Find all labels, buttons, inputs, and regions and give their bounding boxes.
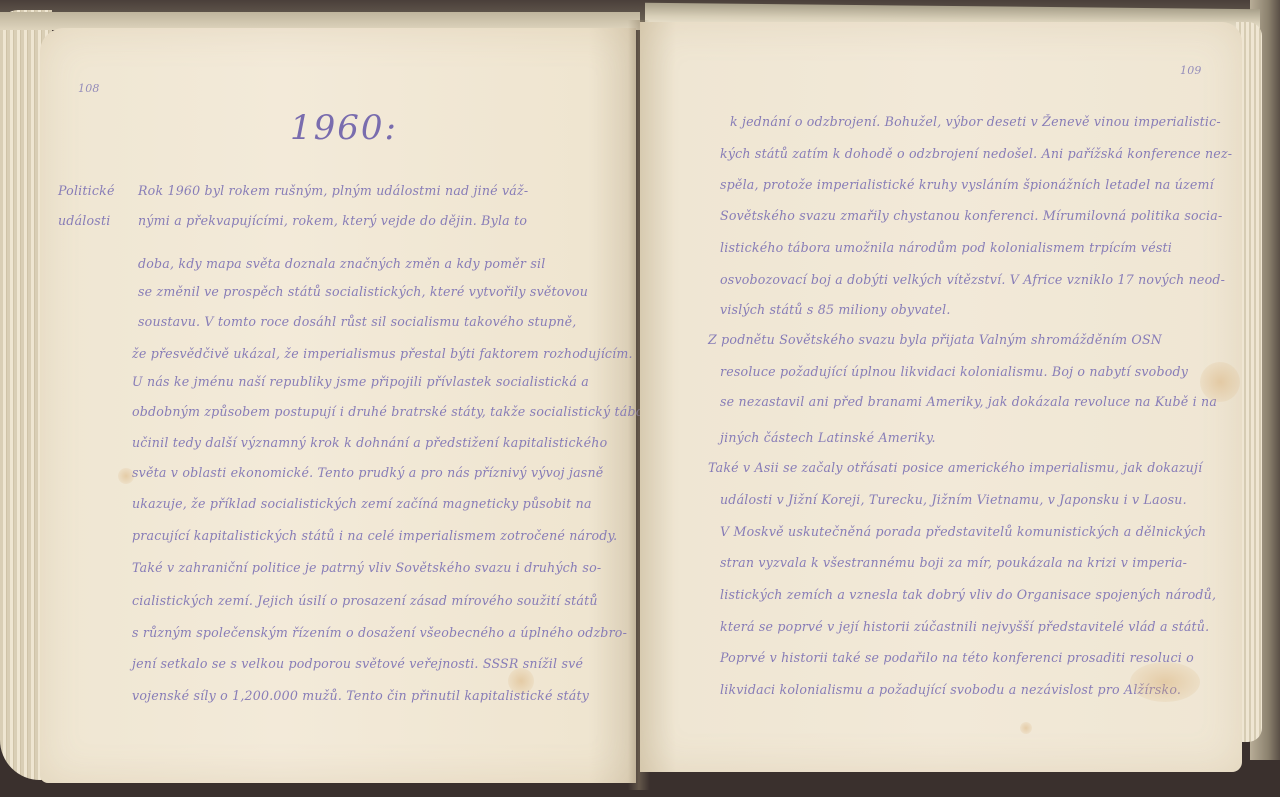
text-line: Rok 1960 byl rokem rušným, plným událost… [138, 183, 528, 198]
text-line: světa v oblasti ekonomické. Tento prudký… [132, 465, 603, 480]
text-line: Poprvé v historii také se podařilo na té… [720, 650, 1194, 665]
text-line: pracující kapitalistických států i na ce… [132, 528, 617, 543]
text-line: nými a překvapujícími, rokem, který vejd… [138, 213, 527, 228]
page-title: 1960: [290, 108, 398, 148]
text-line: doba, kdy mapa světa doznala značných zm… [138, 256, 545, 271]
paper-stain [508, 668, 534, 694]
text-line: U nás ke jménu naší republiky jsme připo… [132, 374, 589, 389]
text-line: se změnil ve prospěch států socialistick… [138, 284, 588, 299]
text-line: cialistických zemí. Jejich úsilí o prosa… [132, 593, 598, 608]
text-line: V Moskvě uskutečněná porada představitel… [720, 524, 1206, 539]
right-page: 109 k jednání o odzbrojení. Bohužel, výb… [640, 22, 1242, 772]
text-line: obdobným způsobem postupují i druhé brat… [132, 404, 650, 419]
text-line: Sovětského svazu zmařily chystanou konfe… [720, 208, 1222, 223]
text-line: soustavu. V tomto roce dosáhl růst sil s… [138, 314, 577, 329]
paper-stain [1130, 662, 1200, 702]
text-line: osvobozovací boj a dobýti velkých vítězs… [720, 272, 1225, 287]
text-line: že přesvědčivě ukázal, že imperialismus … [132, 346, 633, 361]
text-line: resoluce požadující úplnou likvidaci kol… [720, 364, 1188, 379]
text-line: kých států zatím k dohodě o odzbrojení n… [720, 146, 1232, 161]
text-line: Také v Asii se začaly otřásati posice am… [708, 460, 1202, 475]
text-line: stran vyzvala k všestrannému boji za mír… [720, 555, 1187, 570]
paper-stain [1020, 722, 1032, 734]
text-line: s různým společenským řízením o dosažení… [132, 625, 627, 640]
margin-note-line: Politické [58, 183, 115, 198]
text-line: se nezastavil ani před branami Ameriky, … [720, 394, 1217, 409]
margin-note-line: události [58, 213, 110, 228]
right-page-number: 109 [1180, 64, 1202, 77]
left-page: 108 1960: Politické události Rok 1960 by… [40, 28, 636, 783]
text-line: listického tábora umožnila národům pod k… [720, 240, 1172, 255]
text-line: ukazuje, že příklad socialistických zemí… [132, 496, 592, 511]
text-line: Z podnětu Sovětského svazu byla přijata … [708, 332, 1162, 347]
text-line: spěla, protože imperialistické kruhy vys… [720, 177, 1214, 192]
text-line: k jednání o odzbrojení. Bohužel, výbor d… [730, 114, 1221, 129]
text-line: Také v zahraniční politice je patrný vli… [132, 560, 601, 575]
text-line: likvidaci kolonialismu a požadující svob… [720, 682, 1181, 697]
text-line: listických zemích a vznesla tak dobrý vl… [720, 587, 1216, 602]
left-page-number: 108 [78, 82, 100, 95]
paper-stain [1200, 362, 1240, 402]
text-line: jiných částech Latinské Ameriky. [720, 430, 936, 445]
paper-stain [118, 468, 134, 484]
text-line: která se poprvé v její historii zúčastni… [720, 619, 1209, 634]
text-line: události v Jižní Koreji, Turecku, Jižním… [720, 492, 1187, 507]
text-line: vislých států s 85 miliony obyvatel. [720, 302, 951, 317]
text-line: učinil tedy další významný krok k dohnán… [132, 435, 607, 450]
